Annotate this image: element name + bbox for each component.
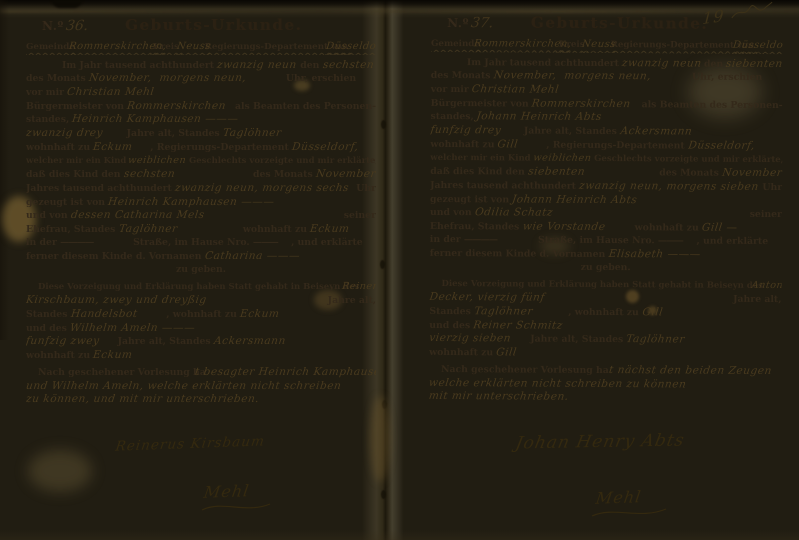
handwritten-entry: Gill <box>496 346 518 358</box>
handwritten-entry: siebenten <box>527 166 585 178</box>
form-line: gezeugt ist von Heinrich Kamphausen ——— <box>26 196 376 210</box>
printed-form-text: den <box>297 60 323 71</box>
printed-form-text: Uhr <box>762 182 782 193</box>
form-line: Im Jahr tausend achthundert zwanzig neun… <box>26 59 376 73</box>
handwritten-entry: zu können, und mit mir unterschrieben. <box>26 393 260 405</box>
printed-form-text: in der <box>430 234 464 245</box>
handwritten-entry: Taglöhner <box>222 127 282 139</box>
printed-form-text: wohnhaft zu <box>26 350 93 361</box>
page-edge-shadow-bottom <box>0 530 799 540</box>
handwritten-entry: zwanzig neun, morgens sieben <box>578 180 759 193</box>
handwritten-entry: welche erklärten nicht schreiben zu könn… <box>429 376 687 390</box>
handwritten-entry: weiblichen <box>532 152 595 163</box>
handwritten-entry: Rommerskirchen, <box>68 41 150 52</box>
page-title-row: N.º 36. Geburts-Urkunde. <box>26 16 376 34</box>
printed-form-text: den <box>701 58 727 69</box>
printed-form-text: gezeugt ist von <box>26 197 108 208</box>
spacer <box>553 216 750 217</box>
handwritten-entry: Decker, vierzig fünf <box>429 291 545 304</box>
handwritten-entry: zwanzig neun <box>621 57 702 69</box>
handwritten-entry: Wilhelm Ameln ——— <box>69 322 196 334</box>
form-line: mit mir unterschrieben. <box>429 390 781 406</box>
printed-form-text: und von <box>26 210 71 221</box>
printed-form-text: zu geben. <box>581 262 631 273</box>
printed-form-text: ———— <box>60 237 93 248</box>
form-line: ferner diesem Kinde d. Vornamen Catharin… <box>26 250 376 264</box>
handwritten-entry: Heinrich Kamphausen ——— <box>72 113 240 125</box>
handwritten-entry: Düsseldorf, <box>687 139 755 151</box>
handwritten-entry: November, morgens neun, <box>88 72 247 84</box>
printed-form-text: Geschlechts vorzeigte und mir erklärte, <box>189 156 376 166</box>
form-lines: Gemeinde Rommerskirchen, Kreis NeussRegi… <box>26 41 376 407</box>
handwritten-entry: Anton <box>751 280 782 291</box>
printed-form-text: , wohnhaft zu <box>166 309 240 320</box>
handwritten-entry: Handelsbot <box>70 308 138 320</box>
handwritten-entry: Gill <box>641 306 663 318</box>
printed-form-text: , und erklärte <box>291 237 363 248</box>
handwritten-entry: Düsseldorf <box>326 41 376 52</box>
form-line: vor mir Christian Mehl <box>26 86 376 100</box>
form-line: Diese Vorzeigung und Erklärung haben Sta… <box>26 281 376 295</box>
handwritten-entry: Eckum <box>239 308 280 320</box>
binding-hole <box>380 260 385 269</box>
printed-form-text: Bürgermeister von <box>431 98 532 110</box>
paper-tear <box>52 0 82 8</box>
form-line: zu geben. <box>430 261 782 277</box>
record-number-value: 37. <box>470 15 495 31</box>
handwritten-entry: dessen Catharina Mels <box>70 209 205 221</box>
handwritten-entry: Rommerskirchen <box>127 100 227 112</box>
printed-form-text: , Regierungs-Departement <box>150 142 292 153</box>
scanned-birth-register: N.º 36. Geburts-Urkunde. Gemeinde Rommer… <box>0 0 799 540</box>
printed-form-text: Jahre alt, <box>733 294 781 305</box>
handwritten-entry: Düsseldorf, <box>291 141 359 153</box>
printed-form-text: seiner <box>344 210 376 221</box>
handwritten-entry: Eckum <box>93 349 134 361</box>
handwritten-entry: Rommerskirchen <box>531 97 631 110</box>
printed-form-text: Straße, im Hause Nro. <box>538 234 658 246</box>
printed-form-text: ——— <box>253 237 278 248</box>
record-number-label: N.º <box>42 19 64 33</box>
corner-flourish <box>730 0 775 22</box>
paper-crease <box>0 10 799 13</box>
printed-form-text: seiner <box>750 209 782 220</box>
handwritten-entry: Gill <box>497 138 519 150</box>
handwritten-entry: Johann Heinrich Abts <box>512 193 639 206</box>
handwritten-entry: Johann Heinrich Abts <box>476 111 603 124</box>
form-line: welcher mir ein Kind weiblichen Geschlec… <box>26 155 376 169</box>
handwritten-entry: zwanzig neun, morgens sechs <box>174 182 349 194</box>
form-line: Gemeinde Rommerskirchen, Kreis NeussRegi… <box>431 38 783 54</box>
handwritten-entry: und Wilhelm Ameln, welche erklärten nich… <box>26 380 342 392</box>
printed-form-text: wohnhaft zu <box>26 142 93 153</box>
form-line: Jahres tausend achthundert zwanzig neun,… <box>26 182 376 196</box>
printed-form-text: ———— <box>464 234 497 245</box>
printed-form-text: Uhr, erschien <box>286 73 356 84</box>
certificate-page-37: N.º 37. Geburts-Urkunde. Gemeinde Rommer… <box>429 13 783 406</box>
form-lines: Gemeinde Rommerskirchen, Kreis NeussRegi… <box>429 38 783 406</box>
printed-form-text: daß dies Kind den <box>26 169 124 180</box>
signature-flourish <box>590 506 670 520</box>
binding-hole <box>381 490 386 499</box>
printed-form-text: ferner diesem Kinde d. Vornamen <box>26 251 205 262</box>
printed-form-text: Nach geschehener Vorlesung ha <box>38 367 195 378</box>
printed-form-text: Im Jahr tausend achthundert <box>467 57 622 69</box>
printed-form-text: wohnhaft zu <box>243 224 310 235</box>
printed-form-text: des Monats <box>26 73 89 84</box>
handwritten-entry: Taglöhner <box>118 223 178 235</box>
signature-official: Mehl <box>595 487 643 508</box>
form-line: Kirschbaum, zwey und dreyßigJahre alt, <box>26 294 376 308</box>
record-number-label: N.º <box>447 16 469 30</box>
form-line: zu geben. <box>26 264 376 278</box>
page-edge-shadow-left <box>0 0 9 340</box>
form-line: und von dessen Catharina Melsseiner <box>26 209 376 223</box>
record-number-value: 36. <box>65 18 90 34</box>
handwritten-entry: sechsten <box>322 59 375 71</box>
printed-form-text: Jahres tausend achthundert <box>26 183 175 194</box>
page-title: Geburts-Urkunde. <box>531 14 708 33</box>
printed-form-text: des Monats <box>659 168 722 179</box>
printed-form-text: vor mir <box>26 87 67 98</box>
form-line: wohnhaft zu Eckum <box>26 349 376 363</box>
printed-form-text: ——— <box>658 235 683 246</box>
printed-form-text: Geschlechts vorzeigte und mir erklärte, <box>594 153 782 164</box>
handwritten-entry: vierzig sieben <box>429 332 512 344</box>
printed-form-text: und des <box>429 320 473 331</box>
printed-form-text: Jahre alt, Standes <box>127 128 223 139</box>
handwritten-entry: Rommerskirchen, <box>474 38 557 49</box>
handwritten-entry: November <box>315 168 376 180</box>
printed-form-text: in der <box>26 237 60 248</box>
printed-form-text: Im Jahr tausend achthundert <box>62 60 217 71</box>
handwritten-entry: funfzig drey <box>430 124 502 136</box>
handwritten-entry: t besagter Heinrich Kamphausen <box>194 366 376 378</box>
handwritten-entry: Ackersmann <box>213 335 286 347</box>
form-line: funfzig zweyJahre alt, Standes Ackersman… <box>26 335 376 349</box>
handwritten-entry: Reiner <box>342 281 376 292</box>
handwritten-entry: Kirschbaum, zwey und dreyßig <box>26 294 207 306</box>
printed-form-text: ferner diesem Kinde d. Vornamen <box>430 248 609 260</box>
printed-form-text: des Monats <box>253 169 316 180</box>
handwritten-entry: Taglöhner <box>473 305 533 317</box>
handwritten-entry: Christian Mehl <box>471 83 560 96</box>
handwritten-entry: November, morgens neun, <box>493 70 652 83</box>
stain <box>370 396 390 482</box>
printed-form-text: Gemeinde <box>431 39 474 49</box>
stain <box>28 450 92 492</box>
handwritten-entry: Düsseldorf <box>732 40 783 51</box>
handwritten-entry: Catharina ——— <box>204 250 301 262</box>
handwritten-entry: Taglöhner <box>626 334 686 346</box>
form-line: standes, Heinrich Kamphausen ——— <box>26 113 376 127</box>
signature-official: Mehl <box>203 481 251 502</box>
printed-form-text: Standes <box>26 309 71 320</box>
form-line: zwanzig dreyJahre alt, Standes Taglöhner <box>26 127 376 141</box>
printed-form-text: Diese Vorzeigung und Erklärung haben Sta… <box>442 279 752 291</box>
corner-note-number: 19 <box>702 6 725 28</box>
printed-form-text: Jahre alt, <box>328 295 376 306</box>
handwritten-entry: zwanzig neun <box>217 59 298 71</box>
printed-form-text: Jahre alt, Standes <box>530 334 626 346</box>
handwritten-entry: t nächst den beiden Zeugen <box>608 364 772 377</box>
printed-form-text: , Regierungs-Departement <box>546 139 688 151</box>
handwritten-entry: November <box>721 167 782 179</box>
printed-form-text: als Beamten des Personen- <box>642 99 783 111</box>
printed-form-text: welcher mir ein Kind <box>26 156 128 166</box>
form-line: und des Wilhelm Ameln ——— <box>26 322 376 336</box>
handwritten-entry: Elisabeth ——— <box>608 248 702 261</box>
printed-form-text: Regierungs-Departement von <box>611 40 733 51</box>
printed-form-text: Uhr, erschien <box>692 72 762 83</box>
certificate-page-36: N.º 36. Geburts-Urkunde. Gemeinde Rommer… <box>26 16 376 407</box>
handwritten-entry: Eckum <box>93 141 134 153</box>
spacer <box>685 343 781 344</box>
printed-form-text: daß dies Kind den <box>430 166 528 178</box>
form-line: in der ————Straße, im Hause Nro. ———, un… <box>26 237 376 251</box>
printed-form-text: Bürgermeister von <box>26 101 127 112</box>
printed-form-text: Standes <box>429 306 474 317</box>
form-line: wohnhaft zu Eckum, Regierungs-Departemen… <box>26 141 376 155</box>
signature-declarant: Johan Henry Abts <box>514 431 687 454</box>
printed-form-text: und von <box>430 207 475 218</box>
printed-form-text: als Beamten des Personen- <box>235 101 376 112</box>
spacer <box>692 135 783 136</box>
form-line: wohnhaft zu Gill <box>429 346 781 362</box>
printed-form-text: Ehefrau, Standes <box>430 221 523 233</box>
printed-form-text: Straße, im Hause Nro. <box>133 237 253 248</box>
handwritten-entry: Ackersmann <box>619 125 692 137</box>
handwritten-entry: Gill — <box>701 222 738 234</box>
printed-form-text: vor mir <box>431 84 472 95</box>
handwritten-entry: Neuss <box>582 39 612 50</box>
printed-form-text: Ehefrau, Standes <box>26 224 119 235</box>
printed-form-text: standes, <box>26 114 72 125</box>
form-line: Standes Handelsbot, wohnhaft zu Eckum <box>26 308 376 322</box>
printed-form-text: welcher mir ein Kind <box>430 152 533 163</box>
page-title: Geburts-Urkunde. <box>125 16 302 34</box>
form-line: Bürgermeister von Rommerskirchenals Beam… <box>26 100 376 114</box>
printed-form-text: Jahres tausend achthundert <box>430 180 579 192</box>
printed-form-text: wohnhaft zu <box>635 222 702 233</box>
signature-flourish <box>200 500 274 514</box>
form-line: daß dies Kind den sechstendes Monats Nov… <box>26 168 376 182</box>
form-line: Gemeinde Rommerskirchen, Kreis NeussRegi… <box>26 41 376 55</box>
binding-hole <box>381 120 386 129</box>
printed-form-text: des Monats <box>431 70 494 81</box>
printed-form-text: standes, <box>431 111 478 122</box>
handwritten-entry: funfzig zwey <box>26 335 100 347</box>
handwritten-entry: siebenten <box>726 57 783 69</box>
printed-form-text: Diese Vorzeigung und Erklärung haben Sta… <box>38 282 342 292</box>
printed-form-text: , wohnhaft zu <box>568 307 642 318</box>
form-line: Nach geschehener Vorlesung hat besagter … <box>26 366 376 380</box>
form-line: und Wilhelm Ameln, welche erklärten nich… <box>26 380 376 394</box>
printed-form-text: Jahre alt, Standes <box>118 336 214 347</box>
printed-form-text: wohnhaft zu <box>429 347 496 358</box>
printed-form-text: Regierungs-Departement von <box>205 42 327 52</box>
handwritten-entry: weiblichen <box>127 155 189 166</box>
form-line: Ehefrau, Standes Taglöhnerwohnhaft zu Ec… <box>26 223 376 237</box>
handwritten-entry: Odilia Schatz <box>474 206 554 218</box>
printed-form-text: gezeugt ist von <box>430 193 512 205</box>
handwritten-entry: Christian Mehl <box>67 86 156 98</box>
handwritten-entry: Reiner Schmitz <box>473 319 564 332</box>
printed-form-text: zu geben. <box>176 264 226 275</box>
handwritten-entry: Neuss <box>176 41 205 52</box>
handwritten-entry: wie Vorstande <box>522 220 606 232</box>
printed-form-text: , und erklärte <box>696 235 768 246</box>
spacer <box>545 301 733 302</box>
handwritten-entry: zwanzig drey <box>26 127 104 139</box>
handwritten-entry: mit mir unterschrieben. <box>429 390 570 403</box>
handwritten-entry: Eckum <box>309 223 350 235</box>
printed-form-text: Jahre alt, Standes <box>524 126 620 138</box>
printed-form-text: wohnhaft zu <box>430 139 497 150</box>
form-line: des Monats November, morgens neun,Uhr, e… <box>26 72 376 86</box>
printed-form-text: Uhr <box>356 183 376 194</box>
printed-form-text: Nach geschehener Vorlesung ha <box>441 364 609 376</box>
handwritten-entry: Heinrich Kamphausen ——— <box>108 196 276 208</box>
printed-form-text: und des <box>26 323 70 334</box>
printed-form-text: Gemeinde <box>26 42 69 52</box>
form-line: zu können, und mit mir unterschrieben. <box>26 393 376 407</box>
spacer <box>663 315 782 316</box>
handwritten-entry: sechsten <box>123 168 176 180</box>
